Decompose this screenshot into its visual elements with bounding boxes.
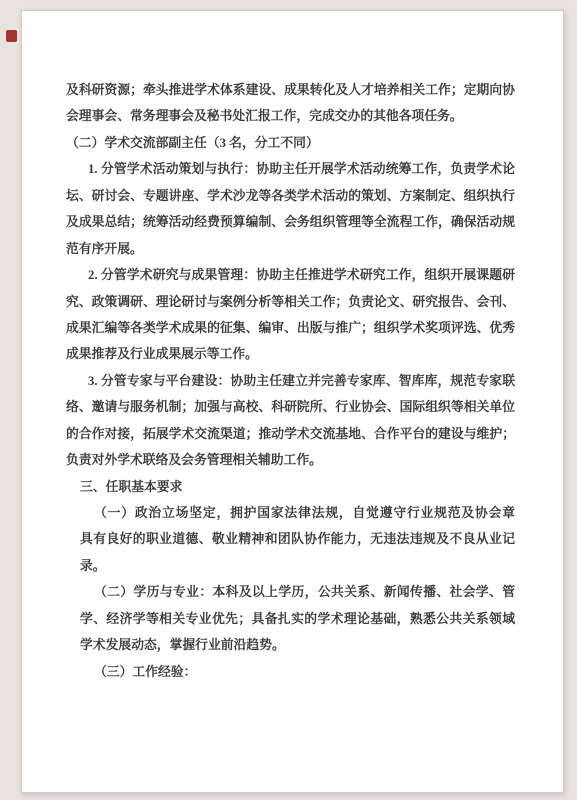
heading-line: 三、任职基本要求 xyxy=(80,474,515,500)
text-line: 具有良好的职业道德、敬业精神和团队协作能力，无违法违规及不良从业记 xyxy=(80,526,515,552)
text-line: 学、经济学等相关专业优先；具备扎实的学术理论基础，熟悉公共关系领域 xyxy=(80,606,515,632)
numbered-paragraph-1: 1. 分管学术活动策划与执行：协助主任开展学术活动统筹工作，负责学术论 坛、研讨… xyxy=(66,156,515,262)
text-line: （一）政治立场坚定，拥护国家法律法规，自觉遵守行业规范及协会章程， xyxy=(80,500,515,526)
text-line: 络、邀请与服务机制；加强与高校、科研院所、行业协会、国际组织等相关单位 xyxy=(66,394,515,420)
numbered-paragraph-2: 2. 分管学术研究与成果管理：协助主任推进学术研究工作，组织开展课题研 究、政策… xyxy=(66,262,515,368)
text-line: 会理事会、常务理事会及秘书处汇报工作，完成交办的其他各项任务。 xyxy=(66,103,515,129)
text-line: 负责对外学术联络及会务管理相关辅助工作。 xyxy=(66,447,515,473)
text-line: 成果汇编等各类学术成果的征集、编审、出版与推广；组织学术奖项评选、优秀 xyxy=(66,315,515,341)
text-line: （二）学历与专业：本科及以上学历，公共关系、新闻传播、社会学、管理 xyxy=(80,579,515,605)
text-line: 录。 xyxy=(80,553,515,579)
sub-heading: （二）学术交流部副主任（3 名，分工不同） xyxy=(66,130,515,156)
requirement-paragraph-3: （三）工作经验： xyxy=(66,659,515,685)
text-line: 的合作对接，拓展学术交流渠道；推动学术交流基地、合作平台的建设与维护； xyxy=(66,421,515,447)
text-line: 2. 分管学术研究与成果管理：协助主任推进学术研究工作，组织开展课题研 xyxy=(66,262,515,288)
text-line: 究、政策调研、理论研讨与案例分析等相关工作；负责论文、研究报告、会刊、 xyxy=(66,289,515,315)
text-line: 及成果总结；统筹活动经费预算编制、会务组织管理等全流程工作，确保活动规 xyxy=(66,209,515,235)
text-line: 学术发展动态，掌握行业前沿趋势。 xyxy=(80,632,515,658)
requirement-paragraph-1: （一）政治立场坚定，拥护国家法律法规，自觉遵守行业规范及协会章程， 具有良好的职… xyxy=(66,500,515,579)
paragraph-continuation: 及科研资源；牵头推进学术体系建设、成果转化及人才培养相关工作；定期向协 会理事会… xyxy=(66,77,515,130)
section-heading: 三、任职基本要求 xyxy=(66,474,515,500)
text-line: 3. 分管专家与平台建设：协助主任建立并完善专家库、智库库，规范专家联 xyxy=(66,368,515,394)
heading-line: （二）学术交流部副主任（3 名，分工不同） xyxy=(66,130,515,156)
red-marker xyxy=(6,30,17,42)
text-line: 及科研资源；牵头推进学术体系建设、成果转化及人才培养相关工作；定期向协 xyxy=(66,77,515,103)
text-line: 成果推荐及行业成果展示等工作。 xyxy=(66,341,515,367)
numbered-paragraph-3: 3. 分管专家与平台建设：协助主任建立并完善专家库、智库库，规范专家联 络、邀请… xyxy=(66,368,515,474)
document-body: 及科研资源；牵头推进学术体系建设、成果转化及人才培养相关工作；定期向协 会理事会… xyxy=(66,77,515,685)
document-page: 及科研资源；牵头推进学术体系建设、成果转化及人才培养相关工作；定期向协 会理事会… xyxy=(21,10,564,793)
text-line: （三）工作经验： xyxy=(80,659,515,685)
text-line: 坛、研讨会、专题讲座、学术沙龙等各类学术活动的策划、方案制定、组织执行 xyxy=(66,183,515,209)
text-line: 范有序开展。 xyxy=(66,236,515,262)
requirement-paragraph-2: （二）学历与专业：本科及以上学历，公共关系、新闻传播、社会学、管理 学、经济学等… xyxy=(66,579,515,658)
text-line: 1. 分管学术活动策划与执行：协助主任开展学术活动统筹工作，负责学术论 xyxy=(66,156,515,182)
